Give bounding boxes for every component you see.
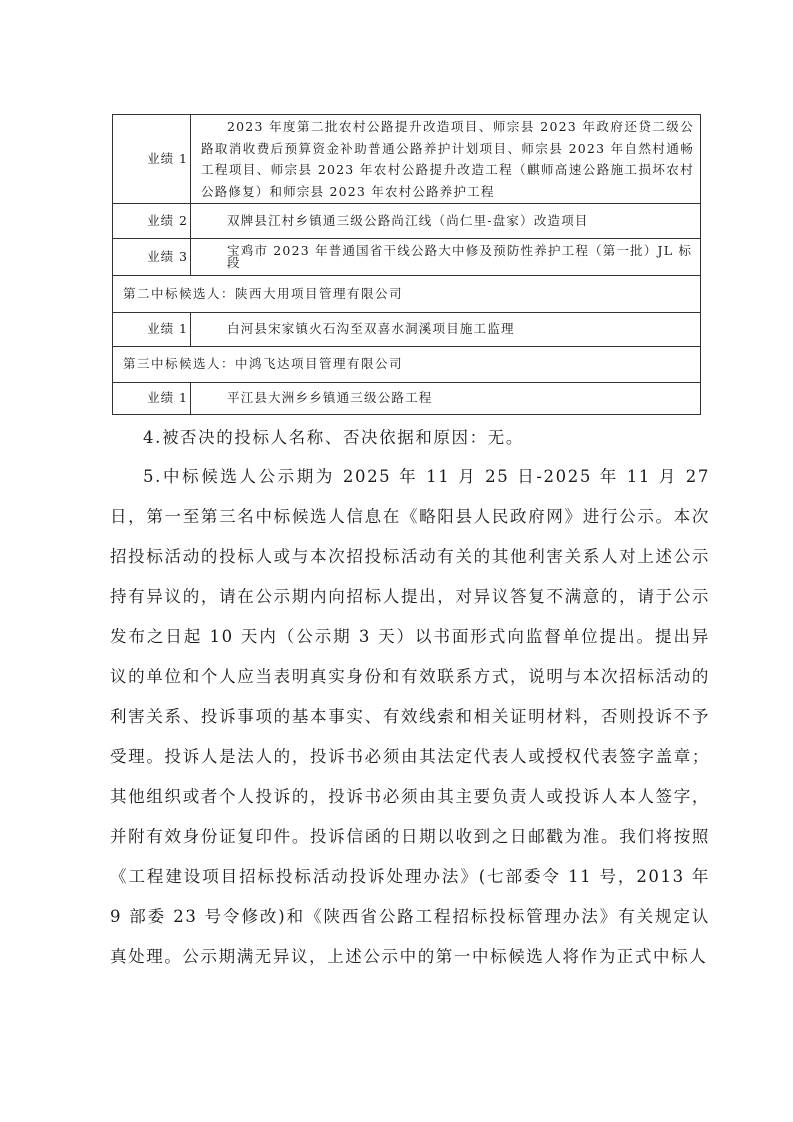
row-content: 平江县大洲乡乡镇通三级公路工程 <box>191 383 701 415</box>
candidate-name: 第二中标候选人：陕西大用项目管理有限公司 <box>113 276 701 313</box>
candidate-row: 第三中标候选人：中鸿飞达项目管理有限公司 <box>113 347 701 383</box>
row-label: 业绩 1 <box>113 313 191 347</box>
paragraph-publicity-period: 5.中标候选人公示期为 2025 年 11 月 25 日-2025 年 11 月… <box>110 457 710 977</box>
candidate-row: 第二中标候选人：陕西大用项目管理有限公司 <box>113 276 701 313</box>
row-label: 业绩 1 <box>113 115 191 204</box>
table-row: 业绩 2 双牌县江村乡镇通三级公路尚江线（尚仁里-盘家）改造项目 <box>113 204 701 239</box>
row-content: 双牌县江村乡镇通三级公路尚江线（尚仁里-盘家）改造项目 <box>191 204 701 239</box>
table-row: 业绩 3 宝鸡市 2023 年普通国省干线公路大中修及预防性养护工程（第一批）J… <box>113 239 701 276</box>
row-label: 业绩 3 <box>113 239 191 276</box>
row-content: 宝鸡市 2023 年普通国省干线公路大中修及预防性养护工程（第一批）JL 标段 <box>191 239 701 276</box>
paragraph-rejected-bidders: 4.被否决的投标人名称、否决依据和原因：无。 <box>110 418 710 458</box>
row-label: 业绩 1 <box>113 383 191 415</box>
table-row: 业绩 1 白河县宋家镇火石沟至双喜水洞溪项目施工监理 <box>113 313 701 347</box>
performance-table: 业绩 1 2023 年度第二批农村公路提升改造项目、师宗县 2023 年政府还贷… <box>112 114 701 415</box>
row-label: 业绩 2 <box>113 204 191 239</box>
row-content: 白河县宋家镇火石沟至双喜水洞溪项目施工监理 <box>191 313 701 347</box>
table-row: 业绩 1 平江县大洲乡乡镇通三级公路工程 <box>113 383 701 415</box>
row-content: 2023 年度第二批农村公路提升改造项目、师宗县 2023 年政府还贷二级公路取… <box>191 115 701 204</box>
candidate-name: 第三中标候选人：中鸿飞达项目管理有限公司 <box>113 347 701 383</box>
table-row: 业绩 1 2023 年度第二批农村公路提升改造项目、师宗县 2023 年政府还贷… <box>113 115 701 204</box>
document-page: 业绩 1 2023 年度第二批农村公路提升改造项目、师宗县 2023 年政府还贷… <box>0 0 793 1122</box>
